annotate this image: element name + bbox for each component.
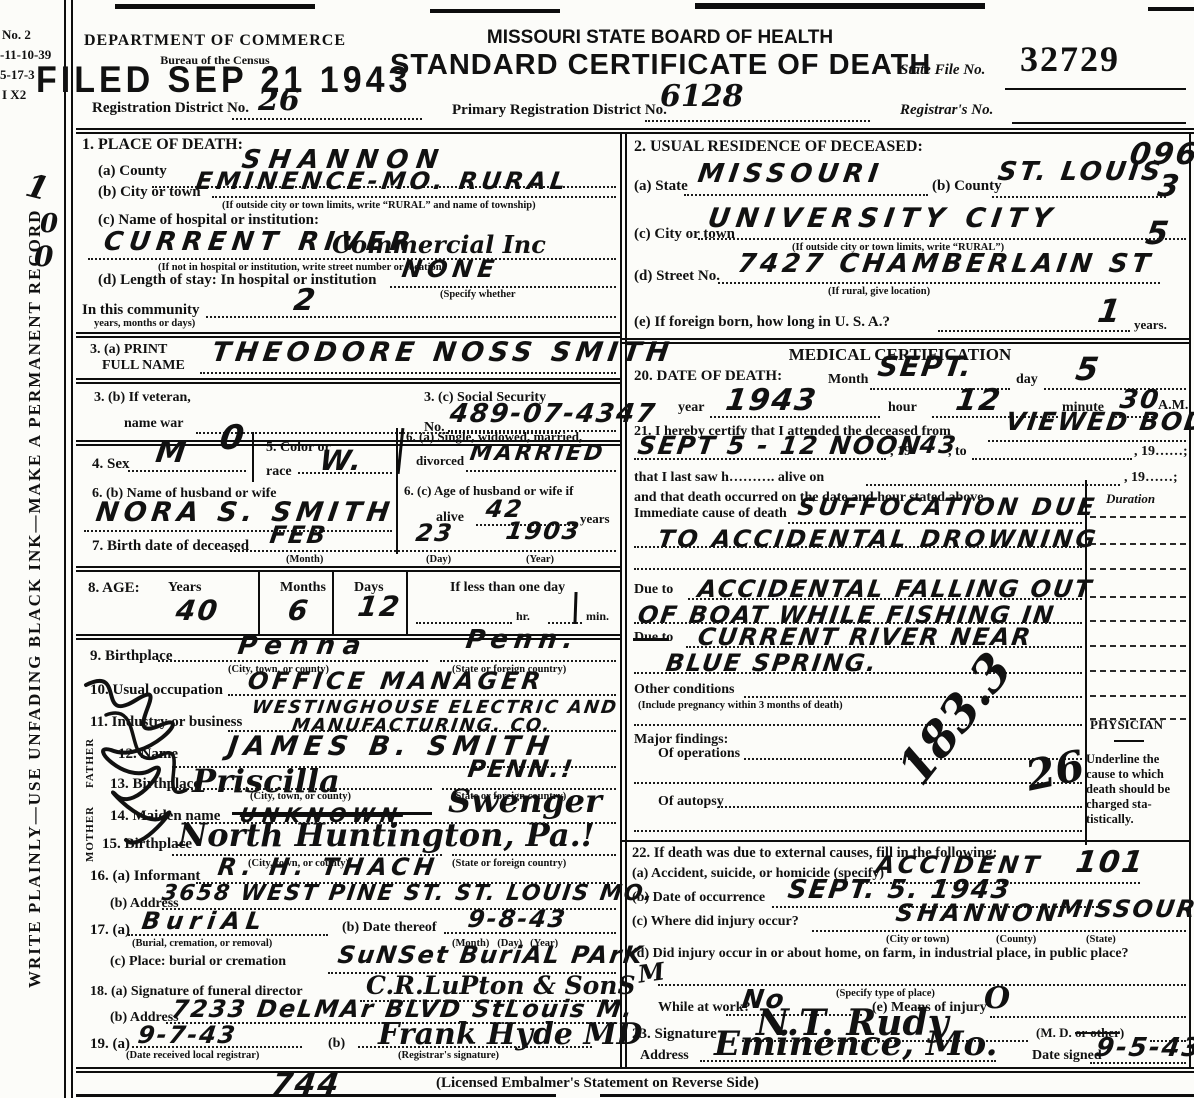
primary-district-value: 6128	[660, 80, 744, 113]
rule	[430, 9, 560, 13]
rule	[76, 570, 620, 572]
rule	[600, 1094, 1194, 1097]
of-autopsy-label: Of autopsy	[658, 794, 724, 809]
rule	[634, 568, 1082, 570]
rule	[452, 854, 616, 856]
ssn-value: 489-07-4347	[448, 400, 658, 429]
registration-district-value: 26	[258, 84, 300, 117]
signature-label: 23. Signature	[632, 1026, 717, 1043]
burial-place-label: (c) Place: burial or cremation	[110, 954, 286, 969]
occurrence-date-label: (b) Date of occurrence	[632, 890, 765, 905]
street-hint: (If rural, give location)	[828, 286, 930, 298]
rule	[990, 1016, 1186, 1018]
age-less-than-day-header: If less than one day	[450, 580, 565, 595]
registrar-no-label: Registrar's No.	[900, 102, 993, 119]
rule	[232, 118, 422, 120]
birthplace-state-value: Penn.	[464, 626, 581, 655]
rule	[625, 132, 627, 1067]
rule	[686, 646, 1082, 648]
rule	[634, 458, 886, 460]
hr-label: hr.	[516, 610, 530, 623]
stat-code-ink-small: 26	[1022, 742, 1089, 799]
ink-mark	[573, 592, 577, 624]
state-file-label: State File No.	[900, 62, 985, 79]
form-code: No. 2	[2, 28, 31, 42]
immediate-cause-value-1: SUFFOCATION DUE	[796, 494, 1099, 520]
rule	[76, 128, 1194, 130]
injury-city-hint: (City or town)	[886, 934, 949, 946]
rule	[444, 932, 616, 934]
month-column-hint: (Month)	[286, 554, 323, 566]
burial-type-value: BuriAL	[140, 908, 269, 934]
year-label: year	[678, 400, 704, 415]
rule	[252, 432, 254, 482]
rule	[634, 830, 1082, 832]
due-to-label-1: Due to	[634, 582, 673, 597]
rule	[200, 372, 616, 374]
street-label: (d) Street No.	[634, 268, 720, 285]
month-label: Month	[828, 372, 868, 387]
rule	[1005, 88, 1186, 90]
rule	[1090, 568, 1186, 570]
last-saw-statement: that I last saw h………. alive on	[634, 470, 824, 485]
father-birthplace-value: PENN.!	[466, 756, 576, 782]
death-month-value: SEPT.	[876, 352, 975, 383]
rule	[622, 840, 1190, 842]
sex-value: M	[154, 436, 190, 469]
rule	[1189, 132, 1191, 1067]
rule	[76, 1067, 1194, 1069]
ink-strike	[633, 638, 669, 641]
mother-maiden-value: Swenger	[448, 784, 602, 819]
rule	[64, 0, 66, 1098]
burial-number-label: 17. (a)	[90, 922, 130, 939]
filed-stamp: FILED SEP 21 1943	[36, 61, 411, 101]
name-label-top: 3. (a) PRINT	[90, 342, 167, 357]
rule	[1044, 388, 1186, 390]
rule	[634, 782, 1082, 784]
burial-place-value: SuNSet BuriAL PArK	[336, 942, 646, 968]
age-years-value: 40	[174, 596, 221, 627]
rule	[128, 470, 246, 472]
rule	[634, 724, 1082, 726]
community-value: 2	[292, 284, 320, 317]
veteran-war-label: name war	[124, 416, 184, 431]
street-value: 7427 CHAMBERLAIN ST	[736, 250, 1156, 279]
sex-code-mark: 0	[217, 420, 248, 457]
md-prefix: (M. D.	[1036, 1025, 1075, 1040]
footer-number-ink: 744	[270, 1068, 343, 1098]
injury-location-question: (d) Did injury occur in or about home, o…	[632, 946, 1129, 961]
residence-county-label: (b) County	[932, 178, 1002, 195]
department-title: DEPARTMENT OF COMMERCE	[80, 32, 350, 50]
rule	[622, 338, 1190, 340]
rule	[76, 566, 620, 568]
stat-code-ink: 5	[1144, 216, 1173, 251]
spouse-age-years-label: years	[580, 512, 610, 526]
rule	[972, 458, 1132, 460]
rule	[718, 806, 1082, 808]
veteran-label: 3. (b) If veteran,	[94, 390, 191, 405]
rule	[992, 196, 1166, 198]
rule	[548, 622, 582, 624]
injury-where-label: (c) Where did injury occur?	[632, 914, 799, 929]
rule	[1090, 1062, 1186, 1064]
residence-city-value: UNIVERSITY CITY	[706, 204, 1060, 234]
physician-address-label: Address	[640, 1048, 689, 1063]
board-title: MISSOURI STATE BOARD OF HEALTH	[410, 28, 910, 49]
rule	[466, 470, 616, 472]
date-signed-value: 9-5-43	[1094, 1034, 1194, 1063]
residence-heading: 2. USUAL RESIDENCE OF DECEASED:	[634, 138, 923, 156]
death-day-value: 5	[1074, 352, 1103, 387]
physician-address-value: Eminence, Mo.	[714, 1026, 997, 1063]
place-of-death-heading: 1. PLACE OF DEATH:	[82, 136, 243, 154]
rule	[695, 3, 985, 9]
injury-city-value: SHANNON	[894, 900, 1062, 926]
attended-from-value-1: VIEWED BODY	[1004, 408, 1194, 436]
burial-date-label: (b) Date thereof	[342, 920, 437, 935]
rule	[1090, 670, 1186, 672]
rule	[76, 378, 620, 380]
age-months-value: 6	[286, 596, 312, 627]
rule	[76, 382, 620, 384]
ink-scribble	[66, 655, 266, 870]
rule	[440, 660, 616, 662]
marital-value: MARRIED	[468, 442, 607, 466]
rule	[358, 1046, 592, 1048]
foreign-born-years-label: years.	[1134, 318, 1167, 332]
state-file-value: 32729	[1020, 40, 1120, 80]
rule	[76, 132, 1194, 134]
rule	[688, 598, 1082, 600]
rule	[212, 196, 616, 198]
stat-code-ink-large: 183.3	[888, 644, 1022, 795]
ink-mark: O	[984, 982, 1010, 1015]
injury-state-hint: (State)	[1086, 934, 1116, 946]
rule	[812, 930, 1186, 932]
rule	[718, 282, 1160, 284]
rule	[115, 4, 315, 9]
death-certificate-scan: No. 2 -11-10-39 5-17-3 I X2 1 0 0 WRITE …	[0, 0, 1194, 1098]
rule	[1148, 7, 1194, 11]
death-year-value: 1943	[724, 384, 820, 417]
burial-date-value: 9-8-43	[466, 906, 568, 932]
rule	[396, 428, 398, 554]
certificate-title: STANDARD CERTIFICATE OF DEATH	[390, 50, 930, 82]
embalmer-note: (Licensed Embalmer's Statement on Revers…	[436, 1075, 759, 1092]
immediate-cause-value-2: TO ACCIDENTAL DROWNING	[656, 526, 1100, 552]
city-label: (b) City or town	[98, 184, 201, 201]
full-name-value: THEODORE NOSS SMITH	[210, 338, 676, 368]
stay-hint: (Specify whether	[440, 289, 516, 301]
rule	[390, 286, 616, 288]
rule	[416, 622, 512, 624]
rule	[128, 934, 328, 936]
rule	[71, 0, 73, 1098]
birth-day-value: 23	[414, 520, 455, 546]
rule	[1090, 516, 1186, 518]
rule	[938, 330, 1130, 332]
rule	[84, 530, 392, 532]
occupation-value: OFFICE MANAGER	[246, 668, 546, 694]
registration-district-label: Registration District No.	[92, 100, 249, 117]
birth-month-value: FEB	[268, 522, 329, 548]
community-label: In this community	[82, 302, 200, 319]
rule	[1090, 620, 1186, 622]
rule	[298, 472, 392, 474]
city-hint: (If outside city or town limits, write “…	[222, 200, 536, 212]
physician-label: PHYSICIAN	[1090, 718, 1163, 732]
rule	[132, 1046, 302, 1048]
of-operations-label: Of operations	[658, 746, 740, 761]
margin-instruction: WRITE PLAINLY—USE UNFADING BLACK INK—MAK…	[26, 128, 45, 988]
received-date-value: 9-7-43	[136, 1022, 238, 1048]
year-prefix-label: , 19	[890, 444, 911, 459]
foreign-born-label: (e) If foreign born, how long in U. S. A…	[634, 314, 890, 331]
foreign-born-mark: 1	[1096, 294, 1125, 329]
other-conditions-hint: (Include pregnancy within 3 months of de…	[638, 700, 843, 712]
stay-value: NONE	[400, 256, 501, 282]
rule	[1090, 596, 1186, 598]
rule	[88, 258, 616, 260]
rule	[634, 546, 1082, 548]
rule	[1012, 122, 1186, 124]
state-foreign-hint: (State or foreign country)	[452, 858, 566, 870]
age-heading: 8. AGE:	[88, 580, 140, 597]
rule	[700, 1060, 996, 1062]
hour-label: hour	[888, 400, 917, 415]
rule	[684, 194, 928, 196]
age-days-value: 12	[356, 592, 403, 623]
sex-label: 4. Sex	[92, 456, 130, 473]
to-label: , to	[948, 444, 967, 459]
spouse-value: NORA S. SMITH	[94, 498, 396, 528]
rule	[620, 132, 622, 1067]
primary-district-label: Primary Registration District No.	[452, 102, 667, 119]
form-code: 5-17-3	[0, 68, 35, 82]
marital-label-2: divorced	[416, 454, 464, 468]
received-number-label: 19. (a)	[90, 1036, 130, 1053]
duration-header: Duration	[1106, 492, 1155, 506]
rule	[645, 120, 870, 122]
injury-county-hint: (County)	[996, 934, 1036, 946]
county-label: (a) County	[98, 163, 167, 180]
rule	[788, 522, 1082, 524]
registrar-signature-hint: (Registrar's signature)	[398, 1050, 499, 1062]
city-value: EMINENCE-MO. RURAL	[194, 168, 571, 194]
rule	[1090, 695, 1186, 697]
rule	[698, 238, 1186, 240]
rule	[332, 572, 334, 634]
name-label-bottom: FULL NAME	[102, 358, 185, 373]
informant-value: R. H. THACH	[216, 854, 441, 880]
place-type-hint: (Specify type of place)	[836, 988, 935, 1000]
rule	[406, 572, 408, 634]
year-column-hint: (Year)	[526, 554, 554, 566]
rule	[622, 342, 1190, 344]
birth-year-value: 1903	[504, 518, 583, 544]
rule	[76, 1071, 1194, 1073]
rule	[658, 984, 1186, 986]
physician-underline-note: Underline the cause to which death shoul…	[1086, 752, 1188, 827]
rule	[866, 484, 1120, 486]
day-column-hint: (Day)	[426, 554, 451, 566]
attended-from-value-2: SEPT 5 - 12 NOON	[636, 432, 924, 460]
last-saw-year-blank: , 19……;	[1124, 470, 1178, 485]
rule	[1090, 645, 1186, 647]
injury-state-value: MISSOURI	[1056, 896, 1194, 922]
min-label: min.	[586, 610, 609, 623]
rule	[710, 416, 880, 418]
race-label-2: race	[266, 464, 292, 479]
rule	[76, 332, 620, 334]
stat-code-ink: 096	[1128, 138, 1194, 171]
rule	[206, 316, 616, 318]
community-hint: years, months or days)	[94, 318, 195, 330]
rule	[1114, 740, 1144, 742]
stay-label: (d) Length of stay: In hospital or insti…	[98, 272, 377, 289]
other-conditions-label: Other conditions	[634, 682, 734, 697]
rule	[258, 572, 260, 634]
day-label: day	[1016, 372, 1038, 387]
rule	[1090, 543, 1186, 545]
accident-code-ink: 101	[1074, 846, 1147, 879]
rule	[988, 440, 1186, 442]
rule	[230, 550, 616, 552]
birthdate-label: 7. Birth date of deceased	[92, 538, 249, 555]
form-code: I X2	[2, 88, 26, 102]
immediate-cause-label: Immediate cause of death	[634, 506, 787, 521]
burial-type-hint: (Burial, cremation, or removal)	[132, 938, 272, 950]
death-hour-value: 12	[954, 384, 1004, 417]
rule	[744, 696, 1082, 698]
year-blank-label: , 19……;	[1134, 444, 1188, 459]
informant-address-value: 3658 WEST PINE ST. ST. LOUIS MO.	[160, 882, 656, 906]
received-date-hint: (Date received local registrar)	[126, 1050, 259, 1062]
stat-code-ink: 3	[1156, 170, 1184, 203]
residence-state-value: MISSOURI	[696, 160, 885, 189]
registrar-b-label: (b)	[328, 1036, 345, 1051]
rule	[228, 694, 616, 696]
residence-state-label: (a) State	[634, 178, 688, 195]
